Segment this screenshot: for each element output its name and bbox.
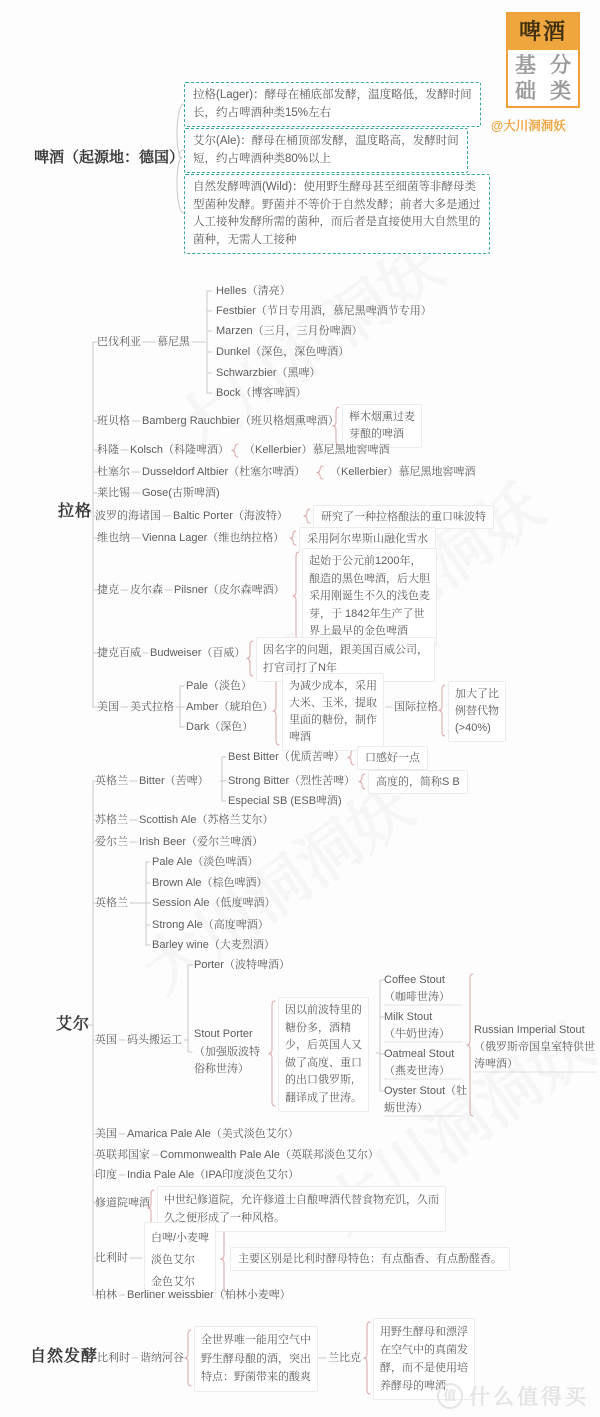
vienna-lager-node: Vienna Lager（维也纳拉格） — [142, 531, 284, 545]
commonwealth-label: 英联邦国家 — [95, 1148, 150, 1162]
brace-connector — [348, 750, 355, 765]
brown-ale-node: Brown Ale（棕色啤酒） — [152, 876, 268, 890]
wild-desc-box: 自然发酵啤酒(Wild)：使用野生酵母甚至细菌等非酵母类 型菌种发酵。野菌并不等… — [184, 174, 490, 254]
baltic-label: 波罗的海诸国 — [95, 509, 161, 523]
milk-stout-node: Milk Stout （牛奶世涛） — [384, 1009, 450, 1043]
author-handle: @大川洞洞妖 — [491, 116, 566, 134]
oyster-stout-node: Oyster Stout（牡 蛎世涛） — [384, 1083, 467, 1117]
connector-line — [177, 158, 184, 213]
lager-section-label: 拉格 — [58, 504, 92, 520]
cologne-label: 科隆 — [97, 443, 119, 457]
schwarzbier-node: Schwarzbier（黑啤） — [216, 366, 321, 380]
best-bitter-node: Best Bitter（优质苦啤） — [228, 750, 345, 764]
belgium2-label: 比利时 — [97, 1351, 130, 1365]
dunkel-node: Dunkel（深色，深色啤酒） — [216, 345, 349, 359]
ireland-label: 爱尔兰 — [95, 835, 128, 849]
dusseldorf-label: 杜塞尔 — [97, 465, 130, 479]
stout-porter-note: 因以前波特里的 糖份多，酒精 少，后英国人又 做了高度、重口 的出口俄罗斯, 翻… — [278, 997, 369, 1112]
strong-bitter-node: Strong Bitter（烈性苦啤） — [228, 774, 355, 788]
logo-sub-char: 基 — [508, 52, 543, 78]
intl-lager-node: 国际拉格 — [394, 700, 438, 714]
brace-connector — [467, 974, 474, 1116]
root-node: 啤酒（起源地：德国） — [34, 150, 184, 166]
england2-label: 英格兰 — [95, 896, 128, 910]
session-ale-node: Session Ale（低度啤酒） — [152, 896, 275, 910]
bamberg-label: 班贝格 — [97, 414, 130, 428]
lambic-label: 兰比克 — [328, 1351, 361, 1365]
brace-connector — [247, 641, 254, 676]
logo-sub-char: 分 — [543, 52, 578, 78]
berliner-node: Berliner weissbier（柏林小麦啤） — [127, 1288, 291, 1302]
brace-connector — [439, 685, 446, 736]
rauchbier-note: 榉木烟熏过麦 芽酿的啤酒 — [342, 404, 422, 448]
leipzig-label: 莱比锡 — [97, 486, 130, 500]
vienna-label: 维也纳 — [97, 531, 130, 545]
belgium-label: 比利时 — [95, 1251, 128, 1265]
bitter-node: Bitter（苦啤） — [139, 774, 209, 788]
pilsner-note: 起始于公元前1200年， 酿造的黑色啤酒，后大胆 采用刚诞生不久的浅色麦 芽，于… — [302, 548, 437, 646]
irish-beer-node: Irish Beer（爱尔兰啤酒） — [139, 835, 263, 849]
senne-note: 全世界唯一能用空气中 野生酵母酿的酒，突出 特点：野菌带来的酸爽 — [194, 1326, 318, 1392]
kolsch-note: （Kellerbier）慕尼黑地窖啤酒 — [244, 443, 389, 457]
baltic-note: 研究了一种拉格酿法的重口味波特 — [313, 505, 494, 529]
russian-stout-node: Russian Imperial Stout （俄罗斯帝国皇室特供世 涛啤酒） — [474, 1022, 595, 1073]
pilsen-label: 皮尔森 — [130, 583, 163, 597]
bavaria-label: 巴伐利亚 — [97, 335, 141, 349]
berlin-label: 柏林 — [95, 1288, 117, 1302]
amber-node: Amber（琥珀色） — [186, 700, 273, 714]
usa-lager-label: 美国 — [97, 700, 119, 714]
zhi-circle-icon: 值 — [437, 1383, 463, 1409]
oatmeal-stout-node: Oatmeal Stout （燕麦世涛） — [384, 1046, 454, 1080]
smzdm-text: 什么值得买 — [469, 1381, 589, 1411]
england1-label: 英格兰 — [95, 774, 128, 788]
barley-wine-node: Barley wine（大麦烈酒） — [152, 938, 275, 952]
altbier-node: Dusseldorf Altbier（杜塞尔啤酒） — [142, 465, 305, 479]
logo-sub-char: 类 — [543, 78, 578, 104]
wild-section-label: 自然发酵 — [30, 1349, 98, 1365]
india-label: 印度 — [95, 1168, 117, 1182]
ipa-node: India Pale Ale（IPA印度淡色艾尔） — [127, 1168, 299, 1182]
abbey-label: 修道院啤酒 — [95, 1196, 150, 1210]
baltic-porter-node: Baltic Porter（海波特） — [173, 509, 288, 523]
logo-subtitle: 基 分 础 类 — [508, 50, 578, 106]
budweis-label: 捷克百威 — [97, 646, 141, 660]
uk-label: 英国 — [95, 1033, 117, 1047]
channel-logo: 啤酒 基 分 础 类 — [506, 12, 580, 108]
dark-node: Dark（深色） — [186, 720, 253, 734]
coffee-stout-node: Coffee Stout （咖啡世涛） — [384, 972, 450, 1006]
festbier-node: Festbier（节日专用酒，慕尼黑啤酒节专用） — [216, 304, 432, 318]
us-lager-note: 为减少成本，采用 大米、玉米，提取 里面的糖份，制作 啤酒 — [282, 673, 384, 751]
kolsch-node: Kolsch（科隆啤酒） — [130, 443, 229, 457]
pale-node: Pale（淡色） — [186, 679, 252, 693]
us-lager-label: 美式拉格 — [130, 700, 174, 714]
czech-label: 捷克 — [97, 583, 119, 597]
stout-porter-node: Stout Porter （加强版波特 俗称世涛） — [194, 1026, 260, 1079]
brace-connector — [317, 466, 324, 479]
brace-connector — [359, 774, 366, 789]
scotland-label: 苏格兰 — [95, 813, 128, 827]
lager-desc-box: 拉格(Lager)：酵母在桶底部发酵，温度略低，发酵时间 长，约占啤酒种类15%… — [184, 82, 481, 127]
smzdm-watermark: 值 什么值得买 — [437, 1381, 589, 1411]
budweiser-node: Budweiser（百威） — [150, 646, 245, 660]
rauchbier-node: Bamberg Rauchbier（班贝格烟熏啤酒） — [142, 414, 339, 428]
commonwealth-node: Commonwealth Pale Ale（英联邦淡色艾尔） — [160, 1148, 379, 1162]
belgium-styles-box: 白啤/小麦啤 淡色艾尔 金色艾尔 — [144, 1222, 216, 1298]
docker-label: 码头搬运工 — [127, 1033, 182, 1047]
logo-title: 啤酒 — [508, 14, 578, 50]
strong-bitter-note: 高度的，简称S B — [368, 770, 468, 794]
brace-connector — [273, 677, 280, 745]
brace-connector — [304, 509, 311, 523]
belgium-note: 主要区别是比利时酵母特色：有点酯香、有点酚醛香。 — [230, 1247, 510, 1271]
bock-node: Bock（博客啤酒） — [216, 386, 306, 400]
intl-lager-note: 加大了比 例替代物 (>40%) — [448, 681, 506, 742]
porter-node: Porter（波特啤酒） — [194, 958, 290, 972]
gose-node: Gose(古斯啤酒) — [142, 486, 220, 500]
marzen-node: Marzen（三月，三月份啤酒） — [216, 324, 363, 338]
brace-connector — [232, 444, 239, 457]
ale-section-label: 艾尔 — [56, 1017, 90, 1033]
helles-node: Helles（清亮） — [216, 284, 291, 298]
munich-label: 慕尼黑 — [157, 335, 190, 349]
usa-ale-label: 美国 — [95, 1127, 117, 1141]
scottish-ale-node: Scottish Ale（苏格兰艾尔） — [139, 813, 273, 827]
apa-node: Amarica Pale Ale（美式淡色艾尔） — [127, 1127, 299, 1141]
altbier-note: （Kellerbier）慕尼黑地窖啤酒 — [330, 465, 475, 479]
brace-connector — [290, 531, 297, 545]
best-bitter-note: 口感好一点 — [357, 746, 428, 770]
brace-connector — [364, 1322, 371, 1394]
logo-sub-char: 础 — [508, 78, 543, 104]
mindmap-canvas: 大川洞洞妖大川洞洞妖大川洞洞妖大川洞洞妖啤酒（起源地：德国）拉格(Lager)：… — [0, 0, 600, 1417]
ale-desc-box: 艾尔(Ale)：酵母在桶顶部发酵，温度略高，发酵时间 短，约占啤酒种类80%以上 — [184, 128, 468, 173]
pale-ale-node: Pale Ale（淡色啤酒） — [152, 855, 258, 869]
senne-label: 谐纳河谷 — [140, 1351, 184, 1365]
brace-connector — [269, 1001, 276, 1106]
brace-connector — [293, 552, 300, 640]
esb-node: Especial SB (ESB啤酒) — [228, 794, 342, 808]
brace-connector — [221, 1226, 228, 1292]
brace-connector — [185, 1330, 192, 1386]
pilsner-node: Pilsner（皮尔森啤酒） — [174, 583, 285, 597]
strong-ale-node: Strong Ale（高度啤酒） — [152, 918, 269, 932]
